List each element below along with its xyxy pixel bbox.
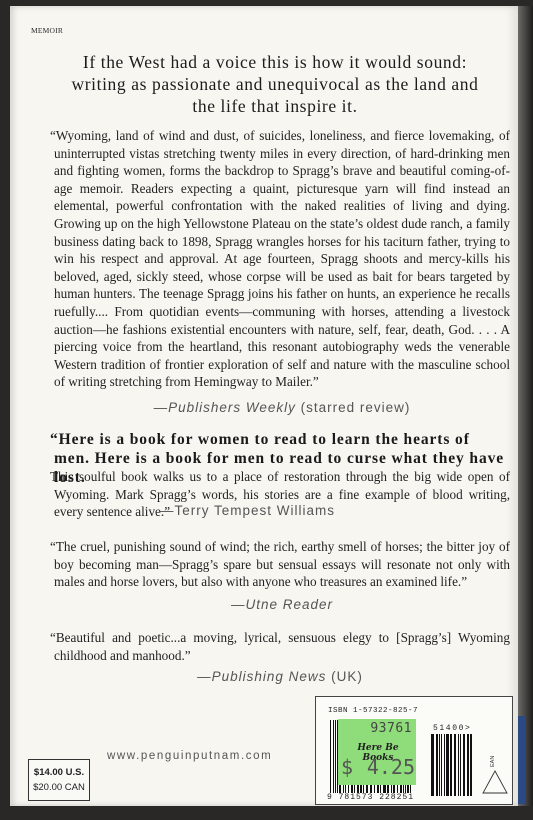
review-attribution-utne: —Utne Reader — [54, 597, 510, 612]
attribution-source: Publishers Weekly — [168, 400, 296, 415]
ean-label: EAN — [490, 756, 496, 767]
ean-digits: 9 781573 228251 — [326, 793, 415, 802]
attribution-note: (UK) — [326, 669, 363, 684]
review-attribution-publishing-news: —Publishing News (UK) — [130, 669, 430, 684]
attribution-note: (starred review) — [296, 400, 411, 415]
headline-line: If the West had a voice this is how it w… — [40, 51, 510, 73]
price-sticker: 93761 Here Be Books $ 4.25 — [338, 719, 416, 785]
attribution-dash: — — [160, 503, 175, 518]
back-cover: MEMOIR If the West had a voice this is h… — [10, 6, 518, 806]
price-can: $20.00 CAN — [29, 780, 89, 795]
book-edge — [518, 6, 533, 806]
addon-barcode — [431, 734, 473, 796]
spine-color-tab — [517, 716, 525, 804]
barcode-box: ISBN 1-57322-825-7 51400> 9 781573 22825… — [315, 696, 513, 805]
review-attribution-publishers-weekly: —Publishers Weekly (starred review) — [54, 400, 510, 415]
review-quote-utne: “The cruel, punishing sound of wind; the… — [54, 538, 510, 591]
sticker-price-value: 4.25 — [367, 755, 415, 779]
review-quote-publishers-weekly: “Wyoming, land of wind and dust, of suic… — [54, 127, 510, 391]
addon-digits: 51400> — [433, 724, 471, 733]
ean-triangle-icon: EAN — [482, 755, 508, 795]
isbn-label: ISBN 1-57322-825-7 — [328, 707, 418, 715]
publisher-url[interactable]: www.penguinputnam.com — [107, 750, 272, 762]
price-us: $14.00 U.S. — [29, 765, 89, 780]
attribution-source: Publishing News — [212, 669, 327, 684]
attribution-dash: — — [154, 400, 169, 415]
review-attribution-williams: —Terry Tempest Williams — [160, 503, 460, 518]
attribution-source: Terry Tempest Williams — [175, 503, 336, 518]
attribution-dash: — — [231, 597, 246, 612]
headline: If the West had a voice this is how it w… — [40, 51, 510, 117]
sticker-code: 93761 — [370, 721, 412, 736]
attribution-source: Utne Reader — [245, 597, 333, 612]
headline-line: writing as passionate and unequivocal as… — [40, 73, 510, 95]
category-label: MEMOIR — [31, 26, 63, 35]
headline-line: the life that inspire it. — [40, 95, 510, 117]
sticker-currency: $ — [341, 755, 353, 779]
attribution-dash: — — [197, 669, 212, 684]
price-box: $14.00 U.S. $20.00 CAN — [28, 759, 90, 801]
sticker-price: $ 4.25 — [341, 755, 415, 779]
review-quote-publishing-news: “Beautiful and poetic...a moving, lyrica… — [54, 629, 510, 664]
